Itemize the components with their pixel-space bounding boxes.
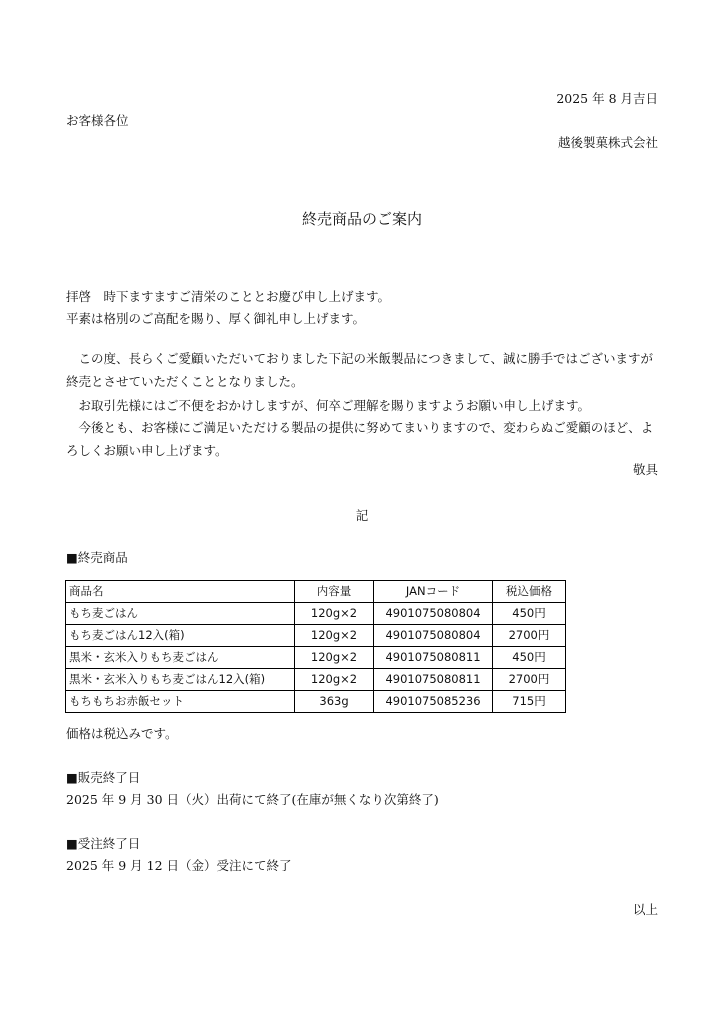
product-jan: 4901075080804 — [374, 625, 493, 647]
table-row: 黒米・玄米入りもち麦ごはん12入(箱) 120g×2 4901075080811… — [66, 669, 566, 691]
sender-company: 越後製菓株式会社 — [558, 135, 658, 151]
table-row: もち麦ごはん12入(箱) 120g×2 4901075080804 2700円 — [66, 625, 566, 647]
products-heading: ■終売商品 — [66, 550, 128, 566]
ki-marker: 記 — [0, 508, 724, 524]
product-volume: 120g×2 — [295, 625, 374, 647]
body-paragraph-3: 今後とも、お客様にご満足いただける製品の提供に努めてまいりますので、変わらぬご愛… — [66, 417, 660, 462]
closing-keigu: 敬具 — [633, 462, 658, 478]
sales-end-heading: ■販売終了日 — [66, 770, 140, 786]
order-end-text: 2025 年 9 月 12 日（金）受注にて終了 — [66, 858, 292, 874]
order-end-heading: ■受注終了日 — [66, 836, 140, 852]
product-name: もちもちお赤飯セット — [66, 691, 295, 713]
greeting-line-2: 平素は格別のご高配を賜り、厚く御礼申し上げます。 — [66, 311, 365, 327]
product-volume: 363g — [295, 691, 374, 713]
column-header-price: 税込価格 — [493, 581, 566, 603]
product-name: 黒米・玄米入りもち麦ごはん — [66, 647, 295, 669]
products-table: 商品名 内容量 JANコード 税込価格 もち麦ごはん 120g×2 490107… — [65, 580, 566, 713]
closing-ijou: 以上 — [633, 902, 658, 918]
product-price: 2700円 — [493, 669, 566, 691]
body-paragraph-2: お取引先様にはご不便をおかけしますが、何卒ご理解を賜りますようお願い申し上げます… — [66, 395, 660, 418]
recipient: お客様各位 — [66, 113, 129, 129]
product-jan: 4901075085236 — [374, 691, 493, 713]
product-volume: 120g×2 — [295, 647, 374, 669]
product-name: 黒米・玄米入りもち麦ごはん12入(箱) — [66, 669, 295, 691]
product-price: 715円 — [493, 691, 566, 713]
table-row: もち麦ごはん 120g×2 4901075080804 450円 — [66, 603, 566, 625]
document-date: 2025 年 8 月吉日 — [556, 91, 658, 107]
document-title: 終売商品のご案内 — [0, 211, 724, 227]
product-price: 450円 — [493, 603, 566, 625]
column-header-name: 商品名 — [66, 581, 295, 603]
product-price: 2700円 — [493, 625, 566, 647]
greeting-line-1: 拝啓 時下ますますご清栄のこととお慶び申し上げます。 — [66, 289, 390, 305]
product-price: 450円 — [493, 647, 566, 669]
product-jan: 4901075080804 — [374, 603, 493, 625]
product-volume: 120g×2 — [295, 669, 374, 691]
price-note: 価格は税込みです。 — [66, 726, 178, 742]
table-row: もちもちお赤飯セット 363g 4901075085236 715円 — [66, 691, 566, 713]
product-jan: 4901075080811 — [374, 647, 493, 669]
column-header-jan: JANコード — [374, 581, 493, 603]
column-header-volume: 内容量 — [295, 581, 374, 603]
product-name: もち麦ごはん — [66, 603, 295, 625]
product-volume: 120g×2 — [295, 603, 374, 625]
table-header-row: 商品名 内容量 JANコード 税込価格 — [66, 581, 566, 603]
product-jan: 4901075080811 — [374, 669, 493, 691]
sales-end-text: 2025 年 9 月 30 日（火）出荷にて終了(在庫が無くなり次第終了) — [66, 792, 439, 808]
table-row: 黒米・玄米入りもち麦ごはん 120g×2 4901075080811 450円 — [66, 647, 566, 669]
product-name: もち麦ごはん12入(箱) — [66, 625, 295, 647]
body-paragraph-1: この度、長らくご愛顧いただいておりました下記の米飯製品につきまして、誠に勝手では… — [66, 348, 660, 393]
